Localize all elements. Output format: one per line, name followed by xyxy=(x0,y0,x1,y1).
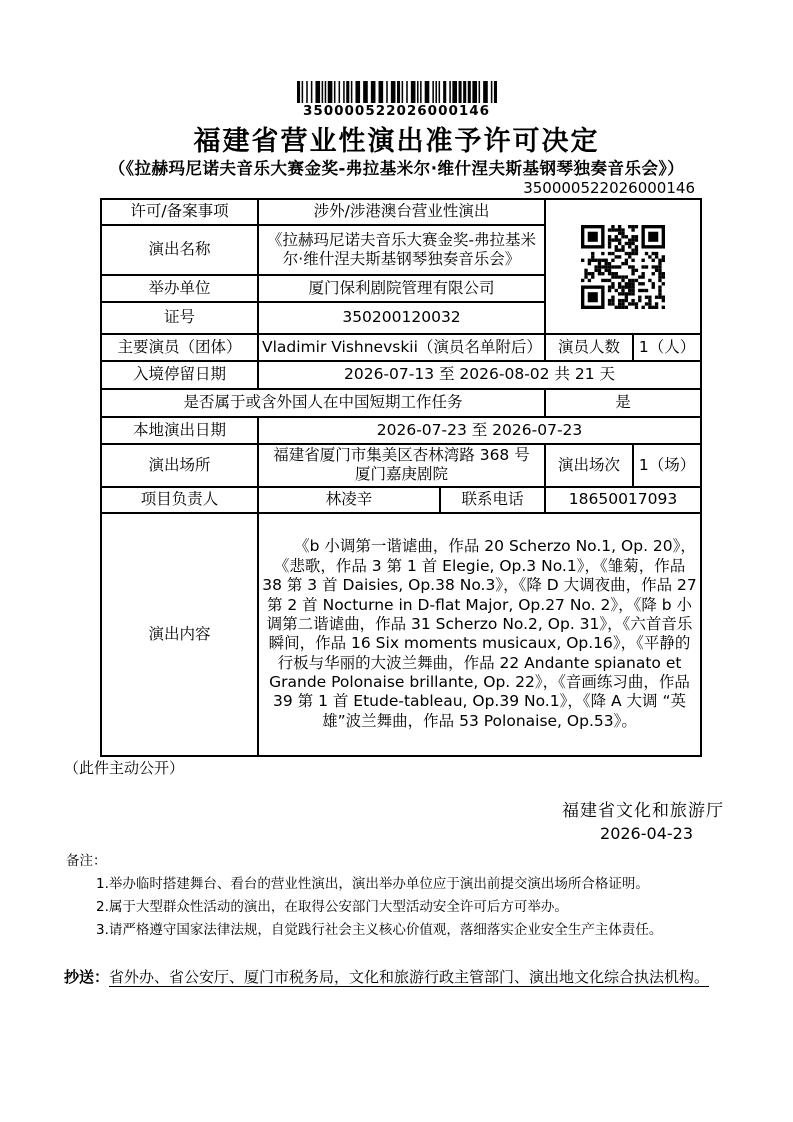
permit-item-label: 许可/备案事项 xyxy=(101,199,258,225)
local-dates-value: 2026-07-23 至 2026-07-23 xyxy=(258,417,701,444)
publicity-note: （此件主动公开） xyxy=(64,757,184,778)
performer-count-value: 1（人） xyxy=(633,334,701,361)
note-item: 3.请严格遵守国家法律法规，自觉践行社会主义核心价值观，落细落实企业安全生产主体… xyxy=(96,919,740,942)
table-row: 是否属于或含外国人在中国短期工作任务 是 xyxy=(101,389,701,417)
contact-phone-label: 联系电话 xyxy=(440,487,545,513)
certificate-no-label: 证号 xyxy=(101,302,258,334)
barcode-number: 350000522026000146 xyxy=(294,103,500,119)
organizer-value: 厦门保利剧院管理有限公司 xyxy=(258,275,545,302)
issue-date: 2026-04-23 xyxy=(600,824,693,843)
notes-label: 备注： xyxy=(66,849,107,869)
table-row: 本地演出日期 2026-07-23 至 2026-07-23 xyxy=(101,417,701,444)
performance-content-value: 《b 小调第一谐谑曲，作品 20 Scherzo No.1, Op. 20》，《… xyxy=(258,513,701,756)
cc-text: 省外办、省公安厅、厦门市税务局，文化和旅游行政主管部门、演出地文化综合执法机构。 xyxy=(109,968,709,986)
table-row: 演出内容 《b 小调第一谐谑曲，作品 20 Scherzo No.1, Op. … xyxy=(101,513,701,756)
table-row: 许可/备案事项 涉外/涉港澳台营业性演出 xyxy=(101,199,701,225)
main-performer-value: Vladimir Vishnevskii（演员名单附后） xyxy=(258,334,545,361)
permit-table: 许可/备案事项 涉外/涉港澳台营业性演出 演出名称 《拉赫玛尼诺夫音乐大赛金奖-… xyxy=(100,198,702,757)
entry-stay-value: 2026-07-13 至 2026-08-02 共 21 天 xyxy=(258,361,701,389)
note-item: 2.属于大型群众性活动的演出，在取得公安部门大型活动安全许可后方可举办。 xyxy=(96,896,740,919)
certificate-no-value: 350200120032 xyxy=(258,302,545,334)
barcode-icon xyxy=(297,81,497,103)
serial-number: 350000522026000146 xyxy=(523,179,695,197)
cc-label: 抄送： xyxy=(64,968,109,986)
qr-code-icon xyxy=(581,225,665,309)
sessions-label: 演出场次 xyxy=(545,444,633,487)
venue-label: 演出场所 xyxy=(101,444,258,487)
notes-list: 1.举办临时搭建舞台、看台的营业性演出，演出举办单位应于演出前提交演出场所合格证… xyxy=(96,873,740,942)
venue-value: 福建省厦门市集美区杏林湾路 368 号 厦门嘉庚剧院 xyxy=(258,444,545,487)
note-item: 1.举办临时搭建舞台、看台的营业性演出，演出举办单位应于演出前提交演出场所合格证… xyxy=(96,873,740,896)
cc-block: 抄送：省外办、省公安厅、厦门市税务局，文化和旅游行政主管部门、演出地文化综合执法… xyxy=(64,963,716,991)
sessions-value: 1（场） xyxy=(633,444,701,487)
table-row: 主要演员（团体） Vladimir Vishnevskii（演员名单附后） 演员… xyxy=(101,334,701,361)
barcode: 350000522026000146 xyxy=(294,81,500,119)
project-manager-value: 林凌辛 xyxy=(258,487,440,513)
local-dates-label: 本地演出日期 xyxy=(101,417,258,444)
entry-stay-label: 入境停留日期 xyxy=(101,361,258,389)
permit-item-value: 涉外/涉港澳台营业性演出 xyxy=(258,199,545,225)
table-row: 入境停留日期 2026-07-13 至 2026-08-02 共 21 天 xyxy=(101,361,701,389)
table-row: 演出场所 福建省厦门市集美区杏林湾路 368 号 厦门嘉庚剧院 演出场次 1（场… xyxy=(101,444,701,487)
issuer-name: 福建省文化和旅游厅 xyxy=(562,796,724,821)
contact-phone-value: 18650017093 xyxy=(545,487,701,513)
performer-count-label: 演员人数 xyxy=(545,334,633,361)
project-manager-label: 项目负责人 xyxy=(101,487,258,513)
document-subtitle: （《拉赫玛尼诺夫音乐大赛金奖-弗拉基米尔·维什涅夫斯基钢琴独奏音乐会》） xyxy=(0,155,793,179)
organizer-label: 举办单位 xyxy=(101,275,258,302)
permit-document-page: 350000522026000146 福建省营业性演出准予许可决定 （《拉赫玛尼… xyxy=(0,0,793,1122)
short-term-work-label: 是否属于或含外国人在中国短期工作任务 xyxy=(101,389,545,417)
main-performer-label: 主要演员（团体） xyxy=(101,334,258,361)
document-title: 福建省营业性演出准予许可决定 xyxy=(0,119,793,158)
performance-name-label: 演出名称 xyxy=(101,225,258,275)
short-term-work-value: 是 xyxy=(545,389,701,417)
table-row: 项目负责人 林凌辛 联系电话 18650017093 xyxy=(101,487,701,513)
performance-name-value: 《拉赫玛尼诺夫音乐大赛金奖-弗拉基米尔·维什涅夫斯基钢琴独奏音乐会》 xyxy=(258,225,545,275)
qr-code-cell xyxy=(545,199,701,334)
performance-content-label: 演出内容 xyxy=(101,513,258,756)
